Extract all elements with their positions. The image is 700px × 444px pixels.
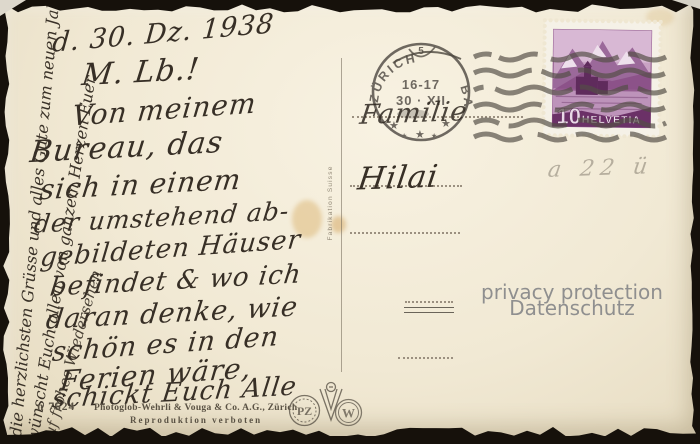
postcard-scan: die herzlichsten Grüsse und alles Gute z… xyxy=(0,0,700,444)
deckled-edge-frame xyxy=(0,0,700,444)
